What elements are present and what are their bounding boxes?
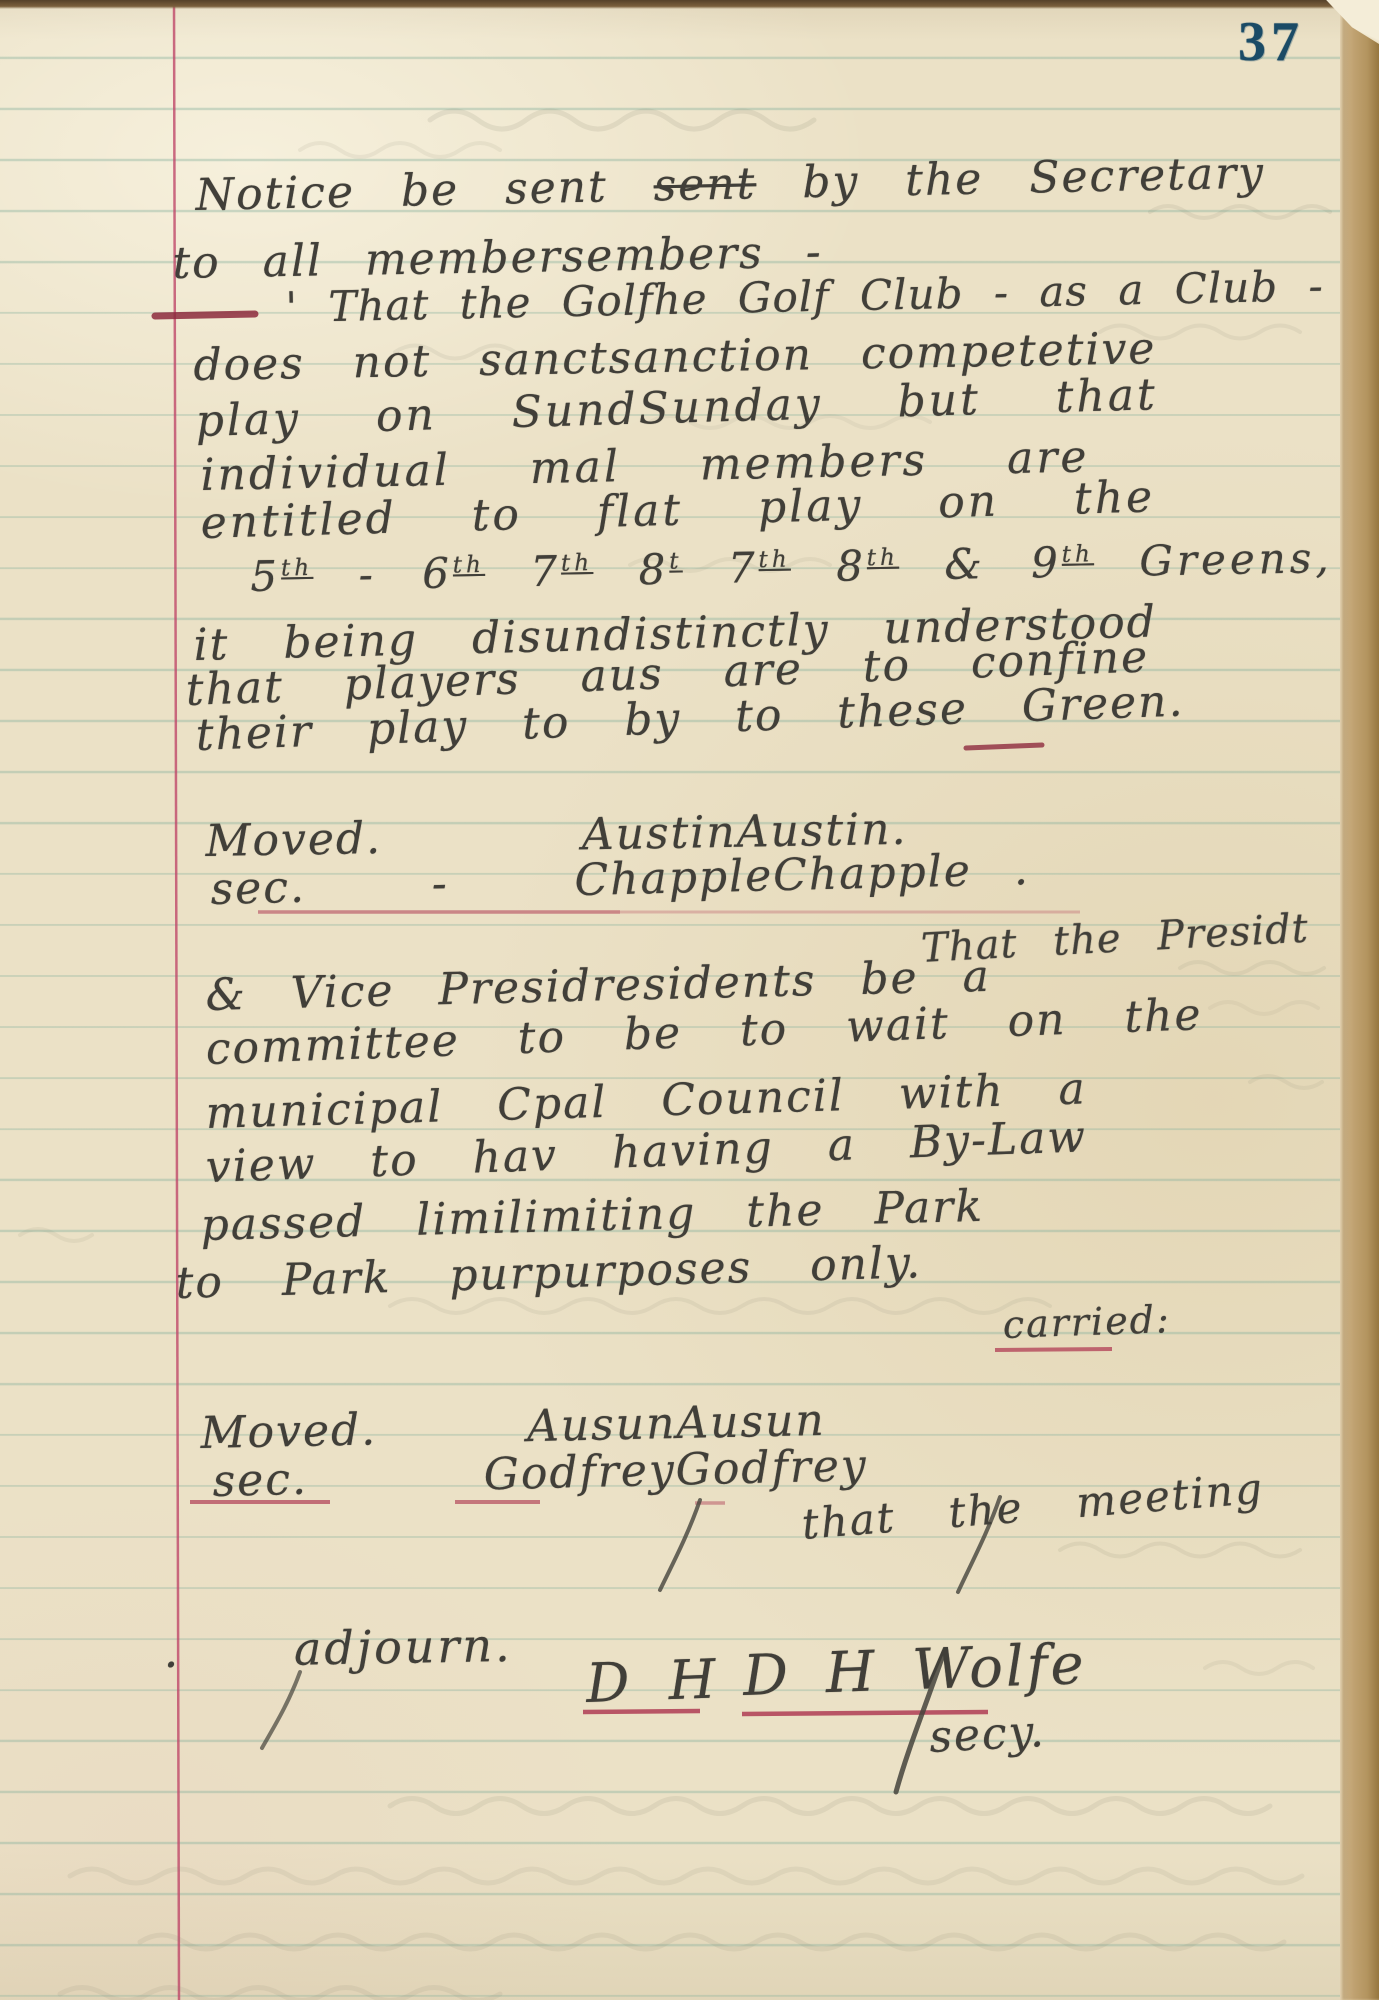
ordinal-suffix: th — [281, 555, 314, 582]
text-segment: 7 — [682, 543, 759, 593]
book-page-edge — [1340, 0, 1379, 2000]
handwritten-line-l21: carried: — [1002, 1297, 1171, 1347]
text-segment: & 9 — [899, 538, 1063, 590]
text-segment: 5 — [250, 551, 282, 601]
text-segment: Greens, — [1094, 533, 1333, 586]
text-segment: sec. — [210, 862, 306, 915]
ordinal-suffix: t — [669, 548, 683, 574]
photo-top-edge — [0, 0, 1379, 9]
text-segment: 7 — [485, 547, 562, 597]
ordinal-suffix: th — [758, 547, 791, 574]
handwritten-line-l27: D H Wolfe — [742, 1632, 1088, 1709]
text-segment: 8 — [790, 541, 867, 591]
text-segment: sec. — [212, 1454, 308, 1507]
struck-word: sent — [653, 158, 757, 211]
text-segment: by the Secretary — [756, 148, 1266, 210]
text-segment: carried: — [1002, 1297, 1171, 1347]
scanned-minute-book-page: 37 Notice be sent sent by the Secretaryt… — [0, 0, 1379, 2000]
handwritten-line-l25: . adjourn. — [163, 1618, 513, 1678]
ordinal-suffix: th — [561, 550, 594, 577]
text-segment: Moved. — [200, 1404, 378, 1459]
text-segment: secy. — [928, 1706, 1047, 1763]
text-segment: D H — [585, 1647, 722, 1715]
ordinal-suffix: th — [867, 545, 900, 572]
text-segment: D H Wolfe — [742, 1632, 1088, 1709]
text-segment: . adjourn. — [163, 1618, 513, 1678]
page-number: 37 — [1238, 10, 1304, 74]
text-segment: Moved. — [205, 813, 382, 867]
ordinal-suffix: th — [453, 552, 486, 579]
text-segment: Notice be sent — [195, 160, 654, 221]
text-segment: - 6 — [313, 548, 453, 599]
handwritten-line-l28: secy. — [928, 1706, 1047, 1763]
ordinal-suffix: th — [1061, 541, 1094, 568]
text-segment: 8 — [593, 545, 670, 595]
handwritten-line-l26: D H — [585, 1647, 722, 1715]
